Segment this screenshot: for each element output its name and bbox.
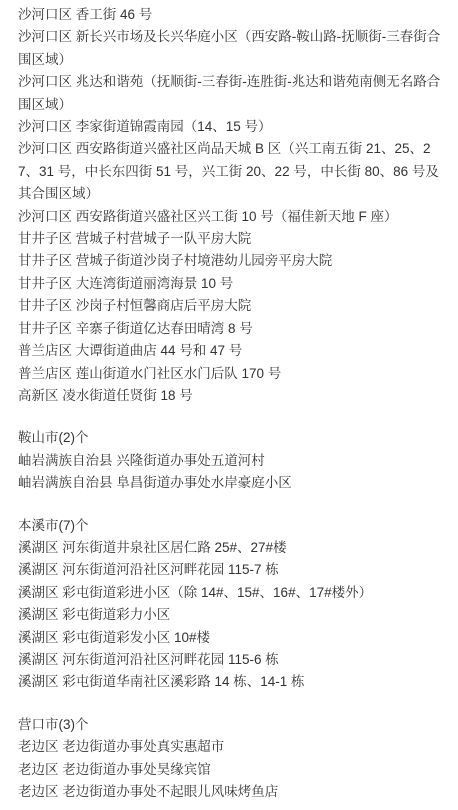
risk-area-item: 岫岩满族自治县 兴隆街道办事处五道河村 <box>18 450 443 472</box>
risk-area-item: 溪湖区 彩屯街道彩进小区（除 14#、15#、16#、17#楼外） <box>18 582 443 604</box>
risk-area-item: 岫岩满族自治县 阜昌街道办事处水岸豪庭小区 <box>18 472 443 494</box>
risk-area-item: 老边区 老边街道办事处昊缘宾馆 <box>18 759 443 781</box>
risk-area-item: 溪湖区 彩屯街道彩力小区 <box>18 604 443 626</box>
risk-area-item: 沙河口区 兆达和谐苑（抚顺街-三春街-连胜街-兆达和谐苑南侧无名路合围区域） <box>18 71 443 116</box>
city-count-header: 鞍山市(2)个 <box>18 427 443 449</box>
risk-area-item: 老边区 老边街道办事处不起眼儿风味烤鱼店 <box>18 781 443 803</box>
risk-area-item: 甘井子区 辛寨子街道亿达春田晴湾 8 号 <box>18 318 443 340</box>
risk-area-item: 高新区 凌水街道任贤街 18 号 <box>18 385 443 407</box>
risk-area-item: 普兰店区 莲山街道水门社区水门后队 170 号 <box>18 363 443 385</box>
risk-area-item: 普兰店区 大谭街道曲店 44 号和 47 号 <box>18 340 443 362</box>
city-section: 营口市(3)个老边区 老边街道办事处真实惠超市老边区 老边街道办事处昊缘宾馆老边… <box>18 714 443 804</box>
risk-area-item: 溪湖区 彩屯街道华南社区溪彩路 14 栋、14-1 栋 <box>18 671 443 693</box>
risk-area-item: 甘井子区 沙岗子村恒馨商店后平房大院 <box>18 295 443 317</box>
city-section: 沙河口区 香工街 46 号沙河口区 新长兴市场及长兴华庭小区（西安路-鞍山路-抚… <box>18 4 443 407</box>
risk-area-item: 沙河口区 李家街道锦霞南园（14、15 号） <box>18 116 443 138</box>
city-section: 鞍山市(2)个岫岩满族自治县 兴隆街道办事处五道河村岫岩满族自治县 阜昌街道办事… <box>18 427 443 494</box>
city-count-header: 营口市(3)个 <box>18 714 443 736</box>
risk-area-item: 沙河口区 西安路街道兴盛社区尚品天城 B 区（兴工南五街 21、25、27、31… <box>18 138 443 205</box>
risk-area-item: 甘井子区 大连湾街道丽湾海景 10 号 <box>18 273 443 295</box>
risk-area-item: 溪湖区 河东街道河沿社区河畔花园 115-7 栋 <box>18 559 443 581</box>
risk-area-item: 沙河口区 西安路街道兴盛社区兴工街 10 号（福佳新天地 F 座） <box>18 206 443 228</box>
risk-area-item: 溪湖区 河东街道河沿社区河畔花园 115-6 栋 <box>18 649 443 671</box>
risk-area-item: 沙河口区 香工街 46 号 <box>18 4 443 26</box>
risk-area-item: 溪湖区 彩屯街道彩发小区 10#楼 <box>18 627 443 649</box>
risk-area-item: 老边区 老边街道办事处真实惠超市 <box>18 736 443 758</box>
city-section: 本溪市(7)个溪湖区 河东街道井泉社区居仁路 25#、27#楼溪湖区 河东街道河… <box>18 515 443 694</box>
risk-area-item: 甘井子区 营城子村营城子一队平房大院 <box>18 228 443 250</box>
risk-area-item: 沙河口区 新长兴市场及长兴华庭小区（西安路-鞍山路-抚顺街-三春街合围区域） <box>18 26 443 71</box>
risk-area-item: 溪湖区 河东街道井泉社区居仁路 25#、27#楼 <box>18 537 443 559</box>
city-count-header: 本溪市(7)个 <box>18 515 443 537</box>
risk-area-item: 甘井子区 营城子街道沙岗子村境港幼儿园旁平房大院 <box>18 250 443 272</box>
risk-area-list: 沙河口区 香工街 46 号沙河口区 新长兴市场及长兴华庭小区（西安路-鞍山路-抚… <box>0 0 458 803</box>
